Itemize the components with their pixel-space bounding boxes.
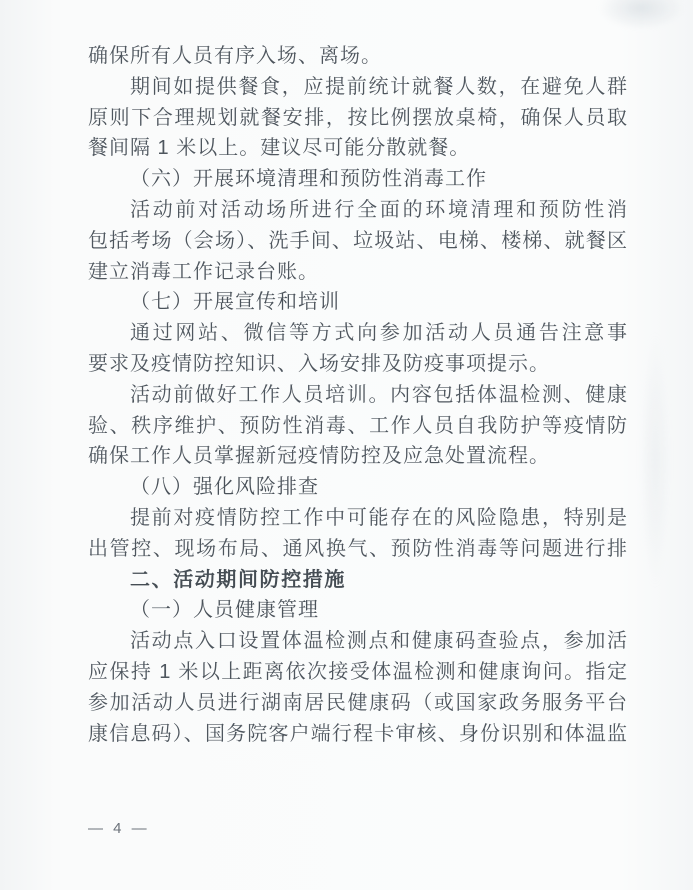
text-line: 要求及疫情防控知识、入场安排及防疫事项提示。 bbox=[88, 349, 628, 380]
text-line: 活动前做好工作人员培训。内容包括体温检测、健康信息查 bbox=[88, 380, 628, 411]
text-line: 餐间隔 1 米以上。建议尽可能分散就餐。 bbox=[88, 133, 628, 164]
text-line: 期间如提供餐食，应提前统计就餐人数，在避免人群聚集的 bbox=[88, 72, 628, 103]
text-line: 提前对疫情防控工作中可能存在的风险隐患，特别是人员进 bbox=[88, 503, 628, 534]
section-heading: （六）开展环境清理和预防性消毒工作 bbox=[88, 164, 628, 195]
page-number: — 4 — bbox=[88, 820, 150, 837]
text-line: 参加活动人员进行湖南居民健康码（或国家政务服务平台防疫健 bbox=[88, 688, 628, 719]
text-line: 确保工作人员掌握新冠疫情防控及应急处置流程。 bbox=[88, 441, 628, 472]
scan-edge-artifact bbox=[640, 330, 670, 590]
text-line: 出管控、现场布局、通风换气、预防性消毒等问题进行排查。 bbox=[88, 534, 628, 565]
text-line: 确保所有人员有序入场、离场。 bbox=[88, 41, 628, 72]
text-line: 康信息码）、国务院客户端行程卡审核、身份识别和体温监测， bbox=[88, 719, 628, 750]
document-body: 确保所有人员有序入场、离场。 期间如提供餐食，应提前统计就餐人数，在避免人群聚集… bbox=[88, 41, 628, 749]
text-line: 应保持 1 米以上距离依次接受体温检测和健康询问。指定专人对 bbox=[88, 657, 628, 688]
text-line: 活动点入口设置体温检测点和健康码查验点，参加活动人员 bbox=[88, 626, 628, 657]
text-line: 活动前对活动场所进行全面的环境清理和预防性消毒，重点 bbox=[88, 195, 628, 226]
section-heading: （八）强化风险排查 bbox=[88, 472, 628, 503]
text-line: 包括考场（会场）、洗手间、垃圾站、电梯、楼梯、就餐区等， bbox=[88, 226, 628, 257]
text-line: 通过网站、微信等方式向参加活动人员通告注意事项、有关 bbox=[88, 318, 628, 349]
text-line: 原则下合理规划就餐安排，按比例摆放桌椅，确保人员取餐和就 bbox=[88, 103, 628, 134]
text-line: 验、秩序维护、预防性消毒、工作人员自我防护等疫情防控要求， bbox=[88, 411, 628, 442]
section-heading: （一）人员健康管理 bbox=[88, 595, 628, 626]
section-heading: （七）开展宣传和培训 bbox=[88, 287, 628, 318]
scan-smudge-artifact bbox=[598, 0, 684, 30]
chapter-heading: 二、活动期间防控措施 bbox=[88, 565, 628, 596]
document-page: 确保所有人员有序入场、离场。 期间如提供餐食，应提前统计就餐人数，在避免人群聚集… bbox=[0, 0, 693, 890]
text-line: 建立消毒工作记录台账。 bbox=[88, 257, 628, 288]
